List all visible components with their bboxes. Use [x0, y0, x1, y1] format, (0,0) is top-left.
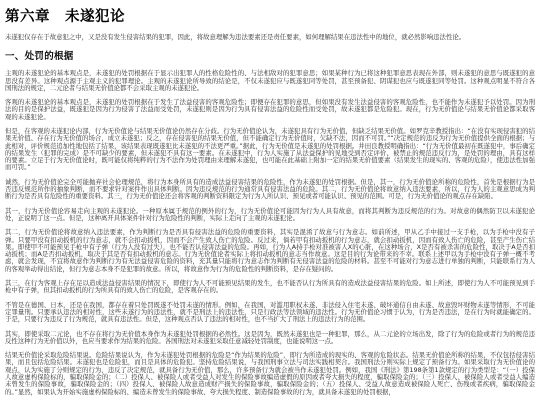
body-paragraph: 其一，行为无价值论容易走向主观的未遂犯论。一种原本属于规范的例外的行为，行为无价…	[5, 208, 535, 223]
body-paragraph: 其三，在行为客观上存在足以造成法益侵害结果的情况下，即使行为人不可能预见结果的发…	[5, 280, 535, 295]
body-paragraph: 其二，行为无价值论将故意纳入违法要素，作为判断行为是否具有侵害法益的危险的重要资…	[5, 229, 535, 273]
body-paragraph: 其实，即使采取二元论，也不存在将行为无价值本身作为未遂犯处罚根据的必然性。这是因…	[5, 331, 535, 346]
body-paragraph: 客观的未遂犯论的基本观点是，未遂犯的处罚根据在于发生了法益侵害的客观危险性；即便…	[5, 99, 535, 121]
body-text: 主观的未遂犯论的基本观点是，未遂犯的处罚根据在于显示出犯罪人的性格危险性的、与法…	[5, 70, 535, 396]
body-paragraph: 主观的未遂犯论的基本观点是，未遂犯的处罚根据在于显示出犯罪人的性格危险性的、与法…	[5, 70, 535, 92]
body-paragraph: 诚然，行为无价值论完全可能抛弃社会伦理规范，将行为本身所具有的造成法益侵害结果的…	[5, 179, 535, 201]
body-paragraph: 结果无价值论采取危险结果说。危险结果说认为，作为未遂犯处罚根据的危险是“作为结果…	[5, 352, 535, 396]
body-paragraph: 不管是在德国、日本，还是在我国，都存在着只处罚既遂不处罚未遂的情形。例如，在我国…	[5, 302, 535, 324]
intro-paragraph: 未遂犯仅存在于故意犯之中，又是没有发生侵害结果的犯罪，因此，将故意理解为违法要素…	[5, 34, 535, 41]
body-paragraph: 但是，在客观的未遂犯论内部，行为无价值论与结果无价值论仍然存在分歧。行为无价值论…	[5, 128, 535, 172]
textbook-page: 第六章 未遂犯论 未遂犯仅存在于故意犯之中，又是没有发生侵害结果的犯罪，因此，将…	[0, 0, 540, 405]
section-heading: 一、处罚的根据	[5, 48, 535, 62]
chapter-title: 第六章 未遂犯论	[5, 5, 535, 26]
